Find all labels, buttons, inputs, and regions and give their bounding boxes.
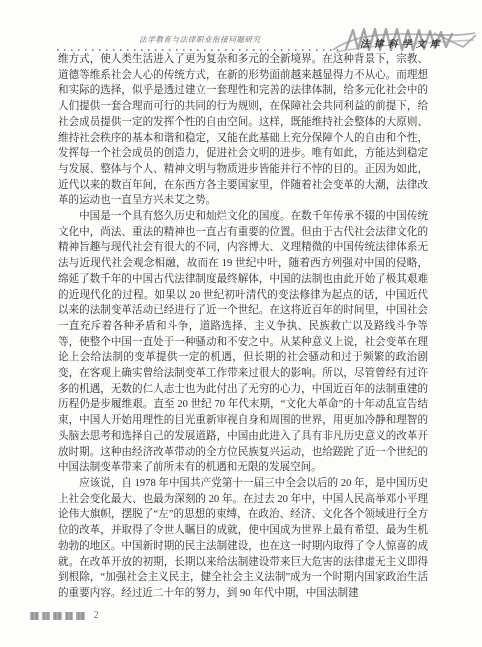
book-page: 法学教育与法律职业衔接问题研究 法律科学文库 维方式，使人类生活进入了更为复杂和…: [0, 0, 482, 647]
paragraph-2: 中国是一个具有悠久历史和灿烂文化的国度。在数千年传承不辍的中国传统文化中，尚法、…: [58, 209, 428, 476]
footer-ornament: [30, 612, 85, 620]
footer-block-icon: [42, 612, 51, 620]
page-body: 维方式，使人类生活进入了更为复杂和多元的全新境界。在这种背景下，宗教、道德等维系…: [58, 52, 428, 602]
footer-block-icon: [76, 612, 85, 620]
page-number: 2: [94, 610, 99, 621]
footer-block-icon: [65, 612, 74, 620]
footer-block-icon: [30, 612, 39, 620]
series-banner: 法律科学文库: [330, 25, 478, 55]
paragraph-3: 应该说，自 1978 年中国共产党第十一届三中全会以后的 20 年，是中国历史上…: [58, 476, 428, 602]
running-title: 法学教育与法律职业衔接问题研究: [57, 34, 343, 45]
dotted-rule: [57, 49, 344, 51]
footer-block-icon: [53, 612, 62, 620]
series-banner-label: 法律科学文库: [360, 36, 444, 50]
page-footer: 2: [30, 610, 99, 621]
paragraph-1: 维方式，使人类生活进入了更为复杂和多元的全新境界。在这种背景下，宗教、道德等维系…: [58, 52, 428, 209]
